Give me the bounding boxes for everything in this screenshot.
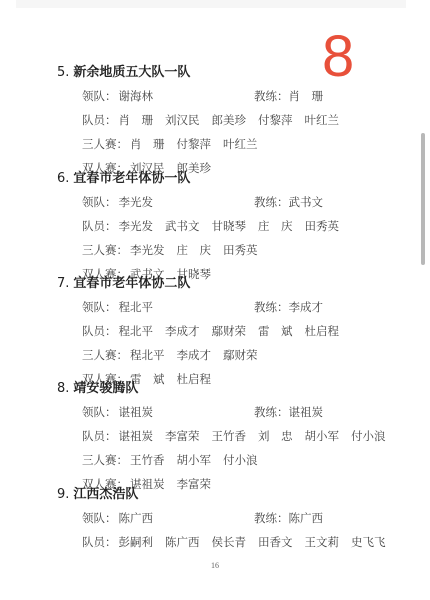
team-number: 7. — [57, 276, 69, 291]
team-number: 6. — [57, 171, 69, 186]
triples-name: 李成才 — [177, 343, 212, 367]
scrollbar[interactable] — [421, 133, 425, 265]
leader-label: 领队： — [82, 295, 117, 319]
triples-row: 三人赛： 程北平 李成才 鄢财荣 — [82, 343, 351, 367]
triples-name: 付小浪 — [223, 448, 258, 472]
member-name: 雷 斌 — [258, 319, 293, 343]
member-name: 肖 珊 — [119, 108, 154, 132]
member-name: 李光发 — [119, 214, 154, 238]
triples-name: 付黎萍 — [177, 132, 212, 156]
coach-label: 教练： — [254, 405, 289, 419]
member-name: 李富荣 — [165, 424, 200, 448]
leader-row: 领队： 谢海林 教练：肖 珊 — [82, 84, 351, 108]
member-name: 胡小军 — [305, 424, 340, 448]
coach-name: 李成才 — [289, 300, 324, 314]
member-name: 侯长青 — [212, 530, 247, 554]
member-name: 李成才 — [165, 319, 200, 343]
member-name: 庄 庆 — [258, 214, 293, 238]
leader-name: 程北平 — [119, 295, 154, 319]
team-name: 新余地质五大队一队 — [73, 65, 190, 80]
member-name: 郎美珍 — [212, 108, 247, 132]
members-label: 队员： — [82, 214, 117, 238]
team-title: 9.江西杰浩队 — [57, 484, 398, 506]
triples-name: 田秀英 — [223, 238, 258, 262]
triples-row: 三人赛： 李光发 庄 庆 田秀英 — [82, 238, 351, 262]
coach-block: 教练：肖 珊 — [254, 84, 323, 108]
triples-row: 三人赛： 肖 珊 付黎萍 叶红兰 — [82, 132, 351, 156]
member-name: 彭嗣利 — [119, 530, 154, 554]
member-name: 王文莉 — [305, 530, 340, 554]
triples-name: 程北平 — [130, 343, 165, 367]
member-name: 刘 忠 — [258, 424, 293, 448]
coach-name: 肖 珊 — [289, 89, 324, 103]
member-name: 付小浪 — [351, 424, 386, 448]
coach-name: 武书文 — [289, 195, 324, 209]
leader-name: 谢海林 — [119, 84, 154, 108]
leader-name: 陈广西 — [119, 506, 154, 530]
leader-label: 领队： — [82, 190, 117, 214]
coach-label: 教练： — [254, 511, 289, 525]
coach-block: 教练：李成才 — [254, 295, 323, 319]
triples-label: 三人赛： — [82, 132, 128, 156]
member-name: 杜启程 — [305, 319, 340, 343]
team-title: 7.宜春市老年体协二队 — [57, 273, 351, 295]
member-name: 程北平 — [119, 319, 154, 343]
members-row: 队员： 彭嗣利 陈广西 侯长青 田香文 王文莉 史飞飞 — [82, 530, 398, 554]
coach-block: 教练：谌祖炭 — [254, 400, 323, 424]
triples-name: 肖 珊 — [130, 132, 165, 156]
triples-name: 王竹香 — [130, 448, 165, 472]
coach-name: 陈广西 — [289, 511, 324, 525]
member-name: 陈广西 — [165, 530, 200, 554]
coach-label: 教练： — [254, 89, 289, 103]
member-name: 付黎萍 — [258, 108, 293, 132]
triples-name: 叶红兰 — [223, 132, 258, 156]
coach-block: 教练：武书文 — [254, 190, 323, 214]
coach-label: 教练： — [254, 300, 289, 314]
team-number: 8. — [57, 381, 69, 396]
leader-name: 李光发 — [119, 190, 154, 214]
team-section: 6.宜春市老年体协一队 领队： 李光发 教练：武书文 队员： 李光发 武书文 甘… — [57, 168, 351, 286]
triples-name: 李光发 — [130, 238, 165, 262]
member-name: 鄢财荣 — [212, 319, 247, 343]
coach-block: 教练：陈广西 — [254, 506, 323, 530]
team-number: 9. — [57, 487, 69, 502]
triples-label: 三人赛： — [82, 238, 128, 262]
leader-label: 领队： — [82, 506, 117, 530]
team-section: 7.宜春市老年体协二队 领队： 程北平 教练：李成才 队员： 程北平 李成才 鄢… — [57, 273, 351, 391]
page-number: 16 — [0, 561, 430, 570]
team-section: 9.江西杰浩队 领队： 陈广西 教练：陈广西 队员： 彭嗣利 陈广西 侯长青 田… — [57, 484, 398, 554]
coach-label: 教练： — [254, 195, 289, 209]
team-title: 8.靖安骏腾队 — [57, 378, 398, 400]
members-label: 队员： — [82, 424, 117, 448]
member-name: 王竹香 — [212, 424, 247, 448]
triples-name: 鄢财荣 — [223, 343, 258, 367]
team-name: 宜春市老年体协一队 — [73, 171, 190, 186]
members-row: 队员： 李光发 武书文 甘晓琴 庄 庆 田秀英 — [82, 214, 351, 238]
team-section: 8.靖安骏腾队 领队： 谌祖炭 教练：谌祖炭 队员： 谌祖炭 李富荣 王竹香 刘… — [57, 378, 398, 496]
triples-name: 胡小军 — [177, 448, 212, 472]
leader-row: 领队： 程北平 教练：李成才 — [82, 295, 351, 319]
member-name: 田香文 — [258, 530, 293, 554]
members-row: 队员： 谌祖炭 李富荣 王竹香 刘 忠 胡小军 付小浪 — [82, 424, 398, 448]
coach-name: 谌祖炭 — [289, 405, 324, 419]
members-label: 队员： — [82, 108, 117, 132]
member-name: 刘汉民 — [165, 108, 200, 132]
triples-label: 三人赛： — [82, 448, 128, 472]
members-label: 队员： — [82, 530, 117, 554]
members-row: 队员： 程北平 李成才 鄢财荣 雷 斌 杜启程 — [82, 319, 351, 343]
triples-label: 三人赛： — [82, 343, 128, 367]
members-label: 队员： — [82, 319, 117, 343]
members-row: 队员： 肖 珊 刘汉民 郎美珍 付黎萍 叶红兰 — [82, 108, 351, 132]
leader-label: 领队： — [82, 400, 117, 424]
team-title: 5.新余地质五大队一队 — [57, 62, 351, 84]
leader-row: 领队： 陈广西 教练：陈广西 — [82, 506, 398, 530]
team-section: 5.新余地质五大队一队 领队： 谢海林 教练：肖 珊 队员： 肖 珊 刘汉民 郎… — [57, 62, 351, 180]
team-number: 5. — [57, 65, 69, 80]
team-name: 江西杰浩队 — [73, 487, 138, 502]
leader-label: 领队： — [82, 84, 117, 108]
team-name: 靖安骏腾队 — [73, 381, 138, 396]
top-toolbar-shade — [16, 0, 406, 8]
triples-name: 庄 庆 — [177, 238, 212, 262]
member-name: 谌祖炭 — [119, 424, 154, 448]
team-title: 6.宜春市老年体协一队 — [57, 168, 351, 190]
member-name: 甘晓琴 — [212, 214, 247, 238]
member-name: 史飞飞 — [351, 530, 386, 554]
member-name: 田秀英 — [305, 214, 340, 238]
team-name: 宜春市老年体协二队 — [73, 276, 190, 291]
member-name: 叶红兰 — [305, 108, 340, 132]
leader-row: 领队： 李光发 教练：武书文 — [82, 190, 351, 214]
leader-name: 谌祖炭 — [119, 400, 154, 424]
leader-row: 领队： 谌祖炭 教练：谌祖炭 — [82, 400, 398, 424]
member-name: 武书文 — [165, 214, 200, 238]
triples-row: 三人赛： 王竹香 胡小军 付小浪 — [82, 448, 398, 472]
